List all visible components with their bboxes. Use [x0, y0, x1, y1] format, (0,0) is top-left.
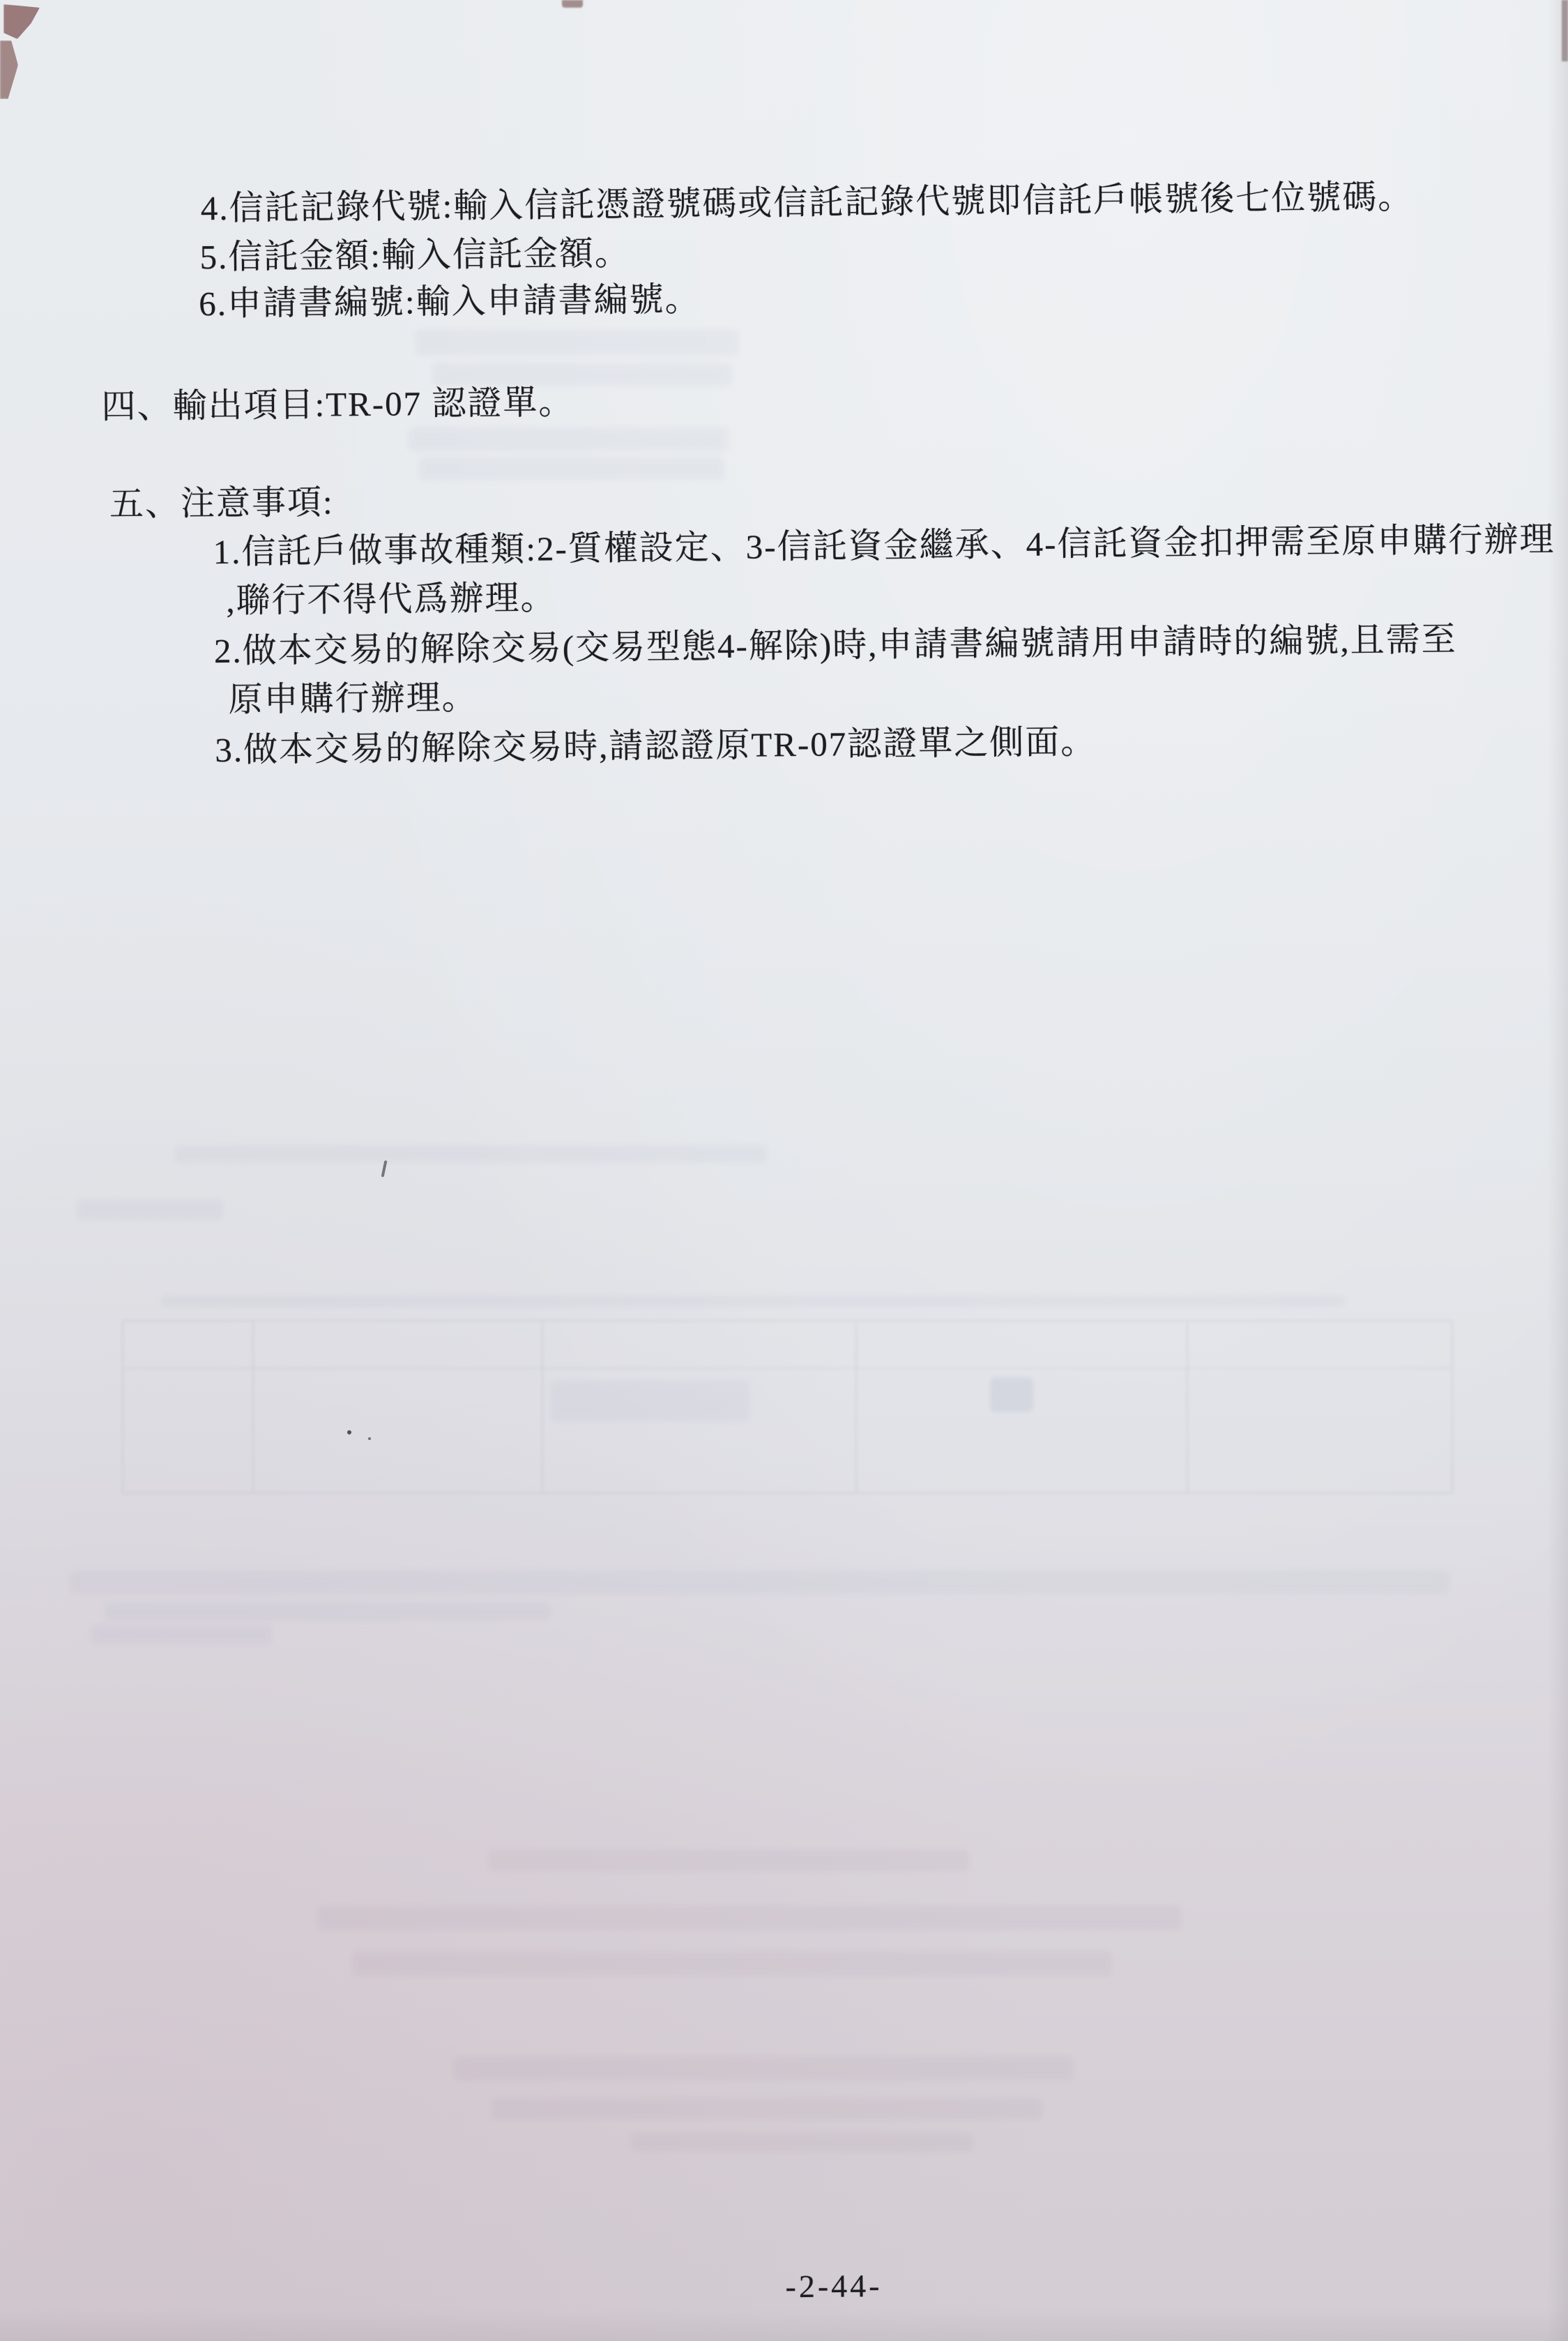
scanner-shadow-right [1547, 0, 1568, 2341]
scanned-page: 4.信託記錄代號:輸入信託憑證號碼或信託記錄代號即信託戶帳號後七位號碼。 5.信… [0, 0, 1568, 2341]
section-notes-heading: 五、注意事項: [109, 482, 334, 525]
list-item-4: 4.信託記錄代號:輸入信託憑證號碼或信託記錄代號即信託戶帳號後七位號碼。 [201, 177, 1414, 229]
section-output-line: 四、輸出項目:TR-07 認證單。 [101, 382, 574, 427]
ink-speck [347, 1430, 351, 1434]
text-layer: 4.信託記錄代號:輸入信託憑證號碼或信託記錄代號即信託戶帳號後七位號碼。 5.信… [0, 0, 1568, 2341]
list-item-6: 6.申請書編號:輸入申請書編號。 [199, 279, 701, 325]
list-item-5: 5.信託金額:輸入信託金額。 [199, 233, 630, 278]
note-1-line-2: ,聯行不得代爲辦理。 [226, 577, 556, 621]
note-1-line-1: 1.信託戶做事故種類:2-質權設定、3-信託資金繼承、4-信託資金扣押需至原申購… [213, 520, 1555, 573]
note-2-line-2: 原申購行辦理。 [228, 677, 478, 720]
note-2-line-1: 2.做本交易的解除交易(交易型態4-解除)時,申請書編號請用申請時的編號,且需至 [214, 619, 1457, 672]
scan-edge-artifact [562, 0, 583, 8]
note-3-line-1: 3.做本交易的解除交易時,請認證原TR-07認證單之側面。 [215, 722, 1096, 771]
page-number: -2-44- [785, 2266, 882, 2306]
ink-speck [368, 1437, 371, 1440]
scanner-shadow-bottom [0, 2309, 1568, 2341]
